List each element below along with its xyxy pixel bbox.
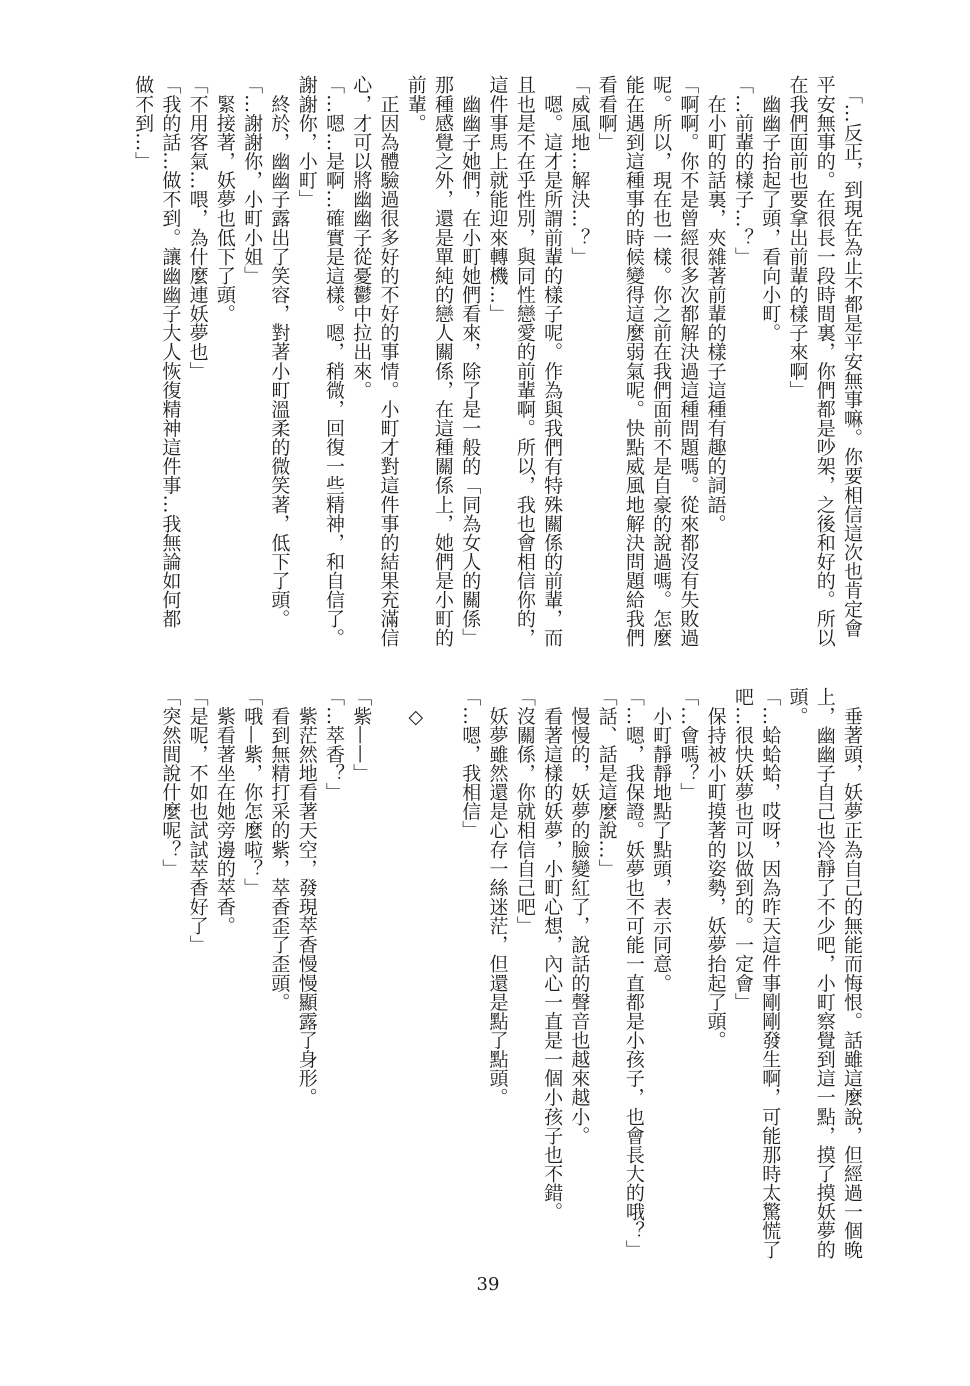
text-column: 「突然間說什麼呢？」 (156, 687, 183, 1259)
text-column: 上，幽幽子自己也冷靜了不少吧，小町察覺到這一點，摸了摸妖夢的 (810, 687, 837, 1259)
text-column: 呢。所以，現在也一樣。你之前在我們面前不是自豪的說過嗎。怎麼 (647, 75, 674, 647)
text-column: 「是呢，不如也試試萃香好了」 (183, 687, 210, 1259)
text-column: 看著這樣的妖夢，小町心想，內心一直是一個小孩子也不錯。 (538, 687, 565, 1259)
text-column: 這件事馬上就能迎來轉機…」 (483, 75, 510, 647)
text-column: 「哦—紫，你怎麼啦？」 (238, 687, 265, 1259)
text-column: 「…會嗎？」 (674, 687, 701, 1259)
text-column: 能在遇到這種事的時候變得這麼弱氣呢。快點威風地解決問題給我們 (620, 75, 647, 647)
text-column: 心，才可以將幽幽子從憂鬱中拉出來。 (347, 75, 374, 647)
text-column: 謝謝你，小町」 (292, 75, 319, 647)
text-column: 「話、話是這麼說…」 (592, 687, 619, 1259)
text-column: 前輩。 (401, 75, 428, 647)
blank-column (429, 687, 456, 1259)
text-column: 小町靜靜地點了點頭，表示同意。 (647, 687, 674, 1259)
text-column: 「…嗯，我保證。妖夢也不可能一直都是小孩子，也會長大的哦？」 (620, 687, 647, 1259)
text-column: 那種感覺之外，還是單純的戀人關係，在這種關係上，她們是小町的 (429, 75, 456, 647)
text-column: 「…嗯…是啊…確實是這樣。嗯，稍微，回復一些精神，和自信了。 (320, 75, 347, 647)
text-column: 「我的話…做不到。讓幽幽子大人恢復精神這件事…我無論如何都 (156, 75, 183, 647)
book-page: 「…反正，到現在為止不都是平安無事嘛。你要相信這次也肯定會平安無事的。在很長一段… (0, 0, 970, 1386)
text-column: 頭。 (783, 687, 810, 1259)
text-column: 「…謝謝你，小町小姐」 (238, 75, 265, 647)
text-column: 嗯。這才是所謂前輩的樣子呢。作為與我們有特殊關係的前輩，而 (538, 75, 565, 647)
text-column: 在我們面前也要拿出前輩的樣子來啊」 (783, 75, 810, 647)
text-column: 慢慢的，妖夢的臉變紅了，說話的聲音也越來越小。 (565, 687, 592, 1259)
text-column: 幽幽子抬起了頭，看向小町。 (756, 75, 783, 647)
text-block-bottom: 垂著頭，妖夢正為自己的無能而悔恨。話雖這麼說，但經過一個晚上，幽幽子自己也冷靜了… (156, 687, 865, 1259)
text-column: 緊接著，妖夢也低下了頭。 (211, 75, 238, 647)
text-column: 「…反正，到現在為止不都是平安無事嘛。你要相信這次也肯定會 (838, 75, 865, 647)
text-column: 正因為體驗過很多好的不好的事情。小町才對這件事的結果充滿信 (374, 75, 401, 647)
text-column: 吧…很快妖夢也可以做到的。一定會」 (729, 687, 756, 1259)
text-column: 看到無精打采的紫，萃香歪了歪頭。 (265, 687, 292, 1259)
text-column: 「…萃香？」 (320, 687, 347, 1259)
text-column: 做不到…」 (129, 75, 156, 647)
text-column: 紫看著坐在她旁邊的萃香。 (211, 687, 238, 1259)
text-column: 保持被小町摸著的姿勢，妖夢抬起了頭。 (701, 687, 728, 1259)
text-column: 「不用客氣…喂，為什麼連妖夢也」 (183, 75, 210, 647)
text-column: 「沒關係，你就相信自己吧」 (511, 687, 538, 1259)
text-column: 「威風地…解決…？」 (565, 75, 592, 647)
text-column: 且也是不在乎性別，與同性戀愛的前輩啊。所以，我也會相信你的， (511, 75, 538, 647)
text-column: ◇ (401, 687, 428, 1259)
text-column: 看看啊」 (592, 75, 619, 647)
text-column: 垂著頭，妖夢正為自己的無能而悔恨。話雖這麼說，但經過一個晚 (838, 687, 865, 1259)
text-column: 「…嗯，我相信」 (456, 687, 483, 1259)
text-column: 終於，幽幽子露出了笑容，對著小町溫柔的微笑著，低下了頭。 (265, 75, 292, 647)
text-column: 「…蛤蛤蛤，哎呀，因為昨天這件事剛剛發生啊，可能那時太驚慌了 (756, 687, 783, 1259)
text-column: 「啊啊。你不是曾經很多次都解決過這種問題嗎。從來都沒有失敗過 (674, 75, 701, 647)
text-column: 在小町的話裏，夾雜著前輩的樣子這種有趣的詞語。 (701, 75, 728, 647)
text-block-top: 「…反正，到現在為止不都是平安無事嘛。你要相信這次也肯定會平安無事的。在很長一段… (129, 75, 865, 647)
text-column: 紫茫然地看著天空，發現萃香慢慢顯露了身形。 (292, 687, 319, 1259)
blank-column (374, 687, 401, 1259)
text-column: 「紫——」 (347, 687, 374, 1259)
text-column: 妖夢雖然還是心存一絲迷茫，但還是點了點頭。 (483, 687, 510, 1259)
page-number: 39 (448, 1275, 528, 1295)
text-column: 平安無事的。在很長一段時間裏，你們都是吵架，之後和好的。所以 (810, 75, 837, 647)
text-column: 幽幽子她們，在小町她們看來，除了是一般的「同為女人的關係」 (456, 75, 483, 647)
text-column: 「…前輩的樣子…？」 (729, 75, 756, 647)
